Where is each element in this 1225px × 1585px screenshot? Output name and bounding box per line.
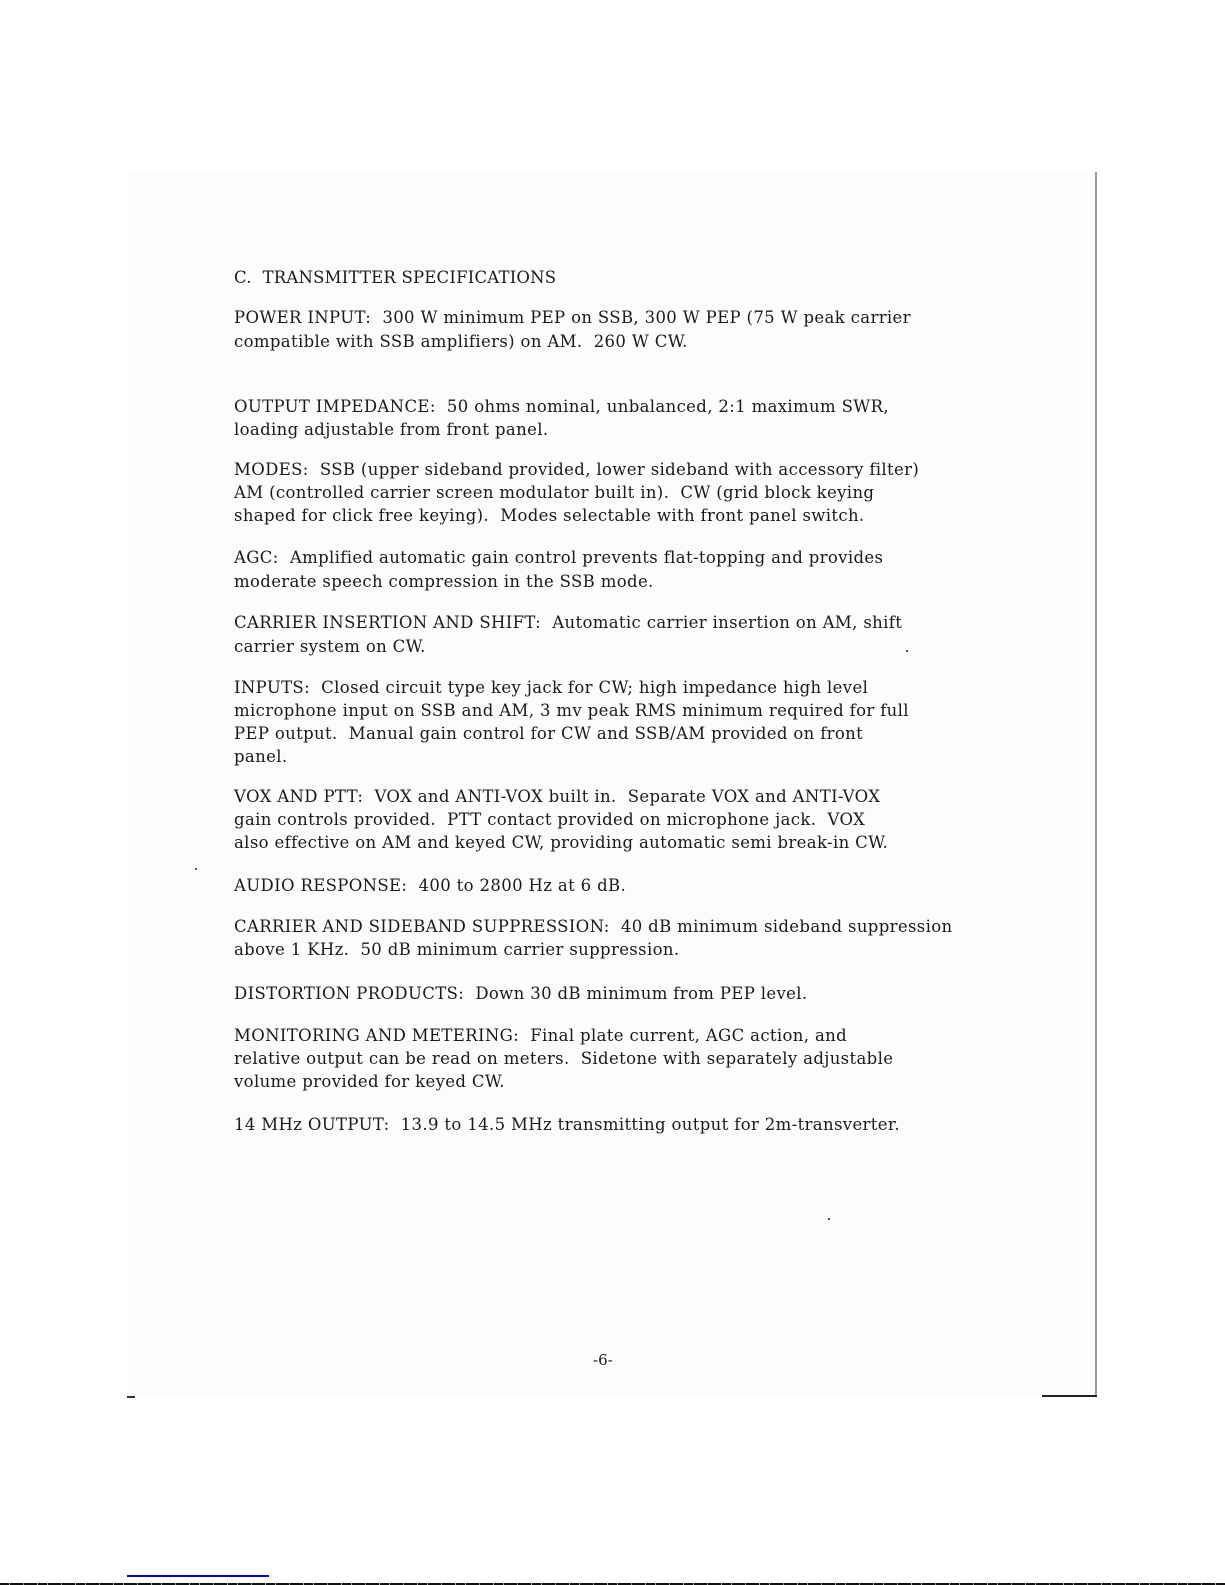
scanned-page	[127, 172, 1096, 1396]
page-number: -6-	[593, 1350, 613, 1370]
scan-mark	[127, 1396, 135, 1398]
spec-line: also effective on AM and keyed CW, provi…	[234, 833, 888, 853]
spec-line: microphone input on SSB and AM, 3 mv pea…	[234, 701, 909, 721]
spec-line: relative output can be read on meters. S…	[234, 1049, 893, 1069]
spec-line: INPUTS: Closed circuit type key jack for…	[234, 678, 868, 698]
spec-line: CARRIER AND SIDEBAND SUPPRESSION: 40 dB …	[234, 917, 953, 937]
spec-line: compatible with SSB amplifiers) on AM. 2…	[234, 332, 688, 352]
spec-line: panel.	[234, 747, 287, 767]
spec-line: AGC: Amplified automatic gain control pr…	[234, 548, 883, 568]
page-bottom-border	[1042, 1395, 1097, 1397]
spec-line: MONITORING AND METERING: Final plate cur…	[234, 1026, 847, 1046]
spec-line: DISTORTION PRODUCTS: Down 30 dB minimum …	[234, 984, 808, 1004]
spec-line: CARRIER INSERTION AND SHIFT: Automatic c…	[234, 613, 902, 633]
scan-speck	[195, 868, 197, 870]
spec-line: shaped for click free keying). Modes sel…	[234, 506, 865, 526]
spec-line: volume provided for keyed CW.	[234, 1072, 505, 1092]
spec-line: VOX AND PTT: VOX and ANTI-VOX built in. …	[234, 787, 880, 807]
spec-line: moderate speech compression in the SSB m…	[234, 572, 654, 592]
spec-line: POWER INPUT: 300 W minimum PEP on SSB, 3…	[234, 308, 911, 328]
spec-line: gain controls provided. PTT contact prov…	[234, 810, 865, 830]
spec-line: carrier system on CW.	[234, 637, 426, 657]
scan-speck	[828, 1218, 830, 1220]
spec-line: PEP output. Manual gain control for CW a…	[234, 724, 863, 744]
section-title: C. TRANSMITTER SPECIFICATIONS	[234, 268, 556, 288]
scan-speck	[906, 650, 908, 652]
spec-line: MODES: SSB (upper sideband provided, low…	[234, 460, 919, 480]
page-right-border	[1095, 172, 1097, 1397]
spec-line: loading adjustable from front panel.	[234, 420, 548, 440]
spec-line: 14 MHz OUTPUT: 13.9 to 14.5 MHz transmit…	[234, 1115, 900, 1135]
spec-line: OUTPUT IMPEDANCE: 50 ohms nominal, unbal…	[234, 397, 889, 417]
spec-line: AUDIO RESPONSE: 400 to 2800 Hz at 6 dB.	[234, 876, 626, 896]
spec-line: AM (controlled carrier screen modulator …	[234, 483, 874, 503]
spec-line: above 1 KHz. 50 dB minimum carrier suppr…	[234, 940, 679, 960]
footer-link-underline[interactable]	[127, 1575, 269, 1577]
